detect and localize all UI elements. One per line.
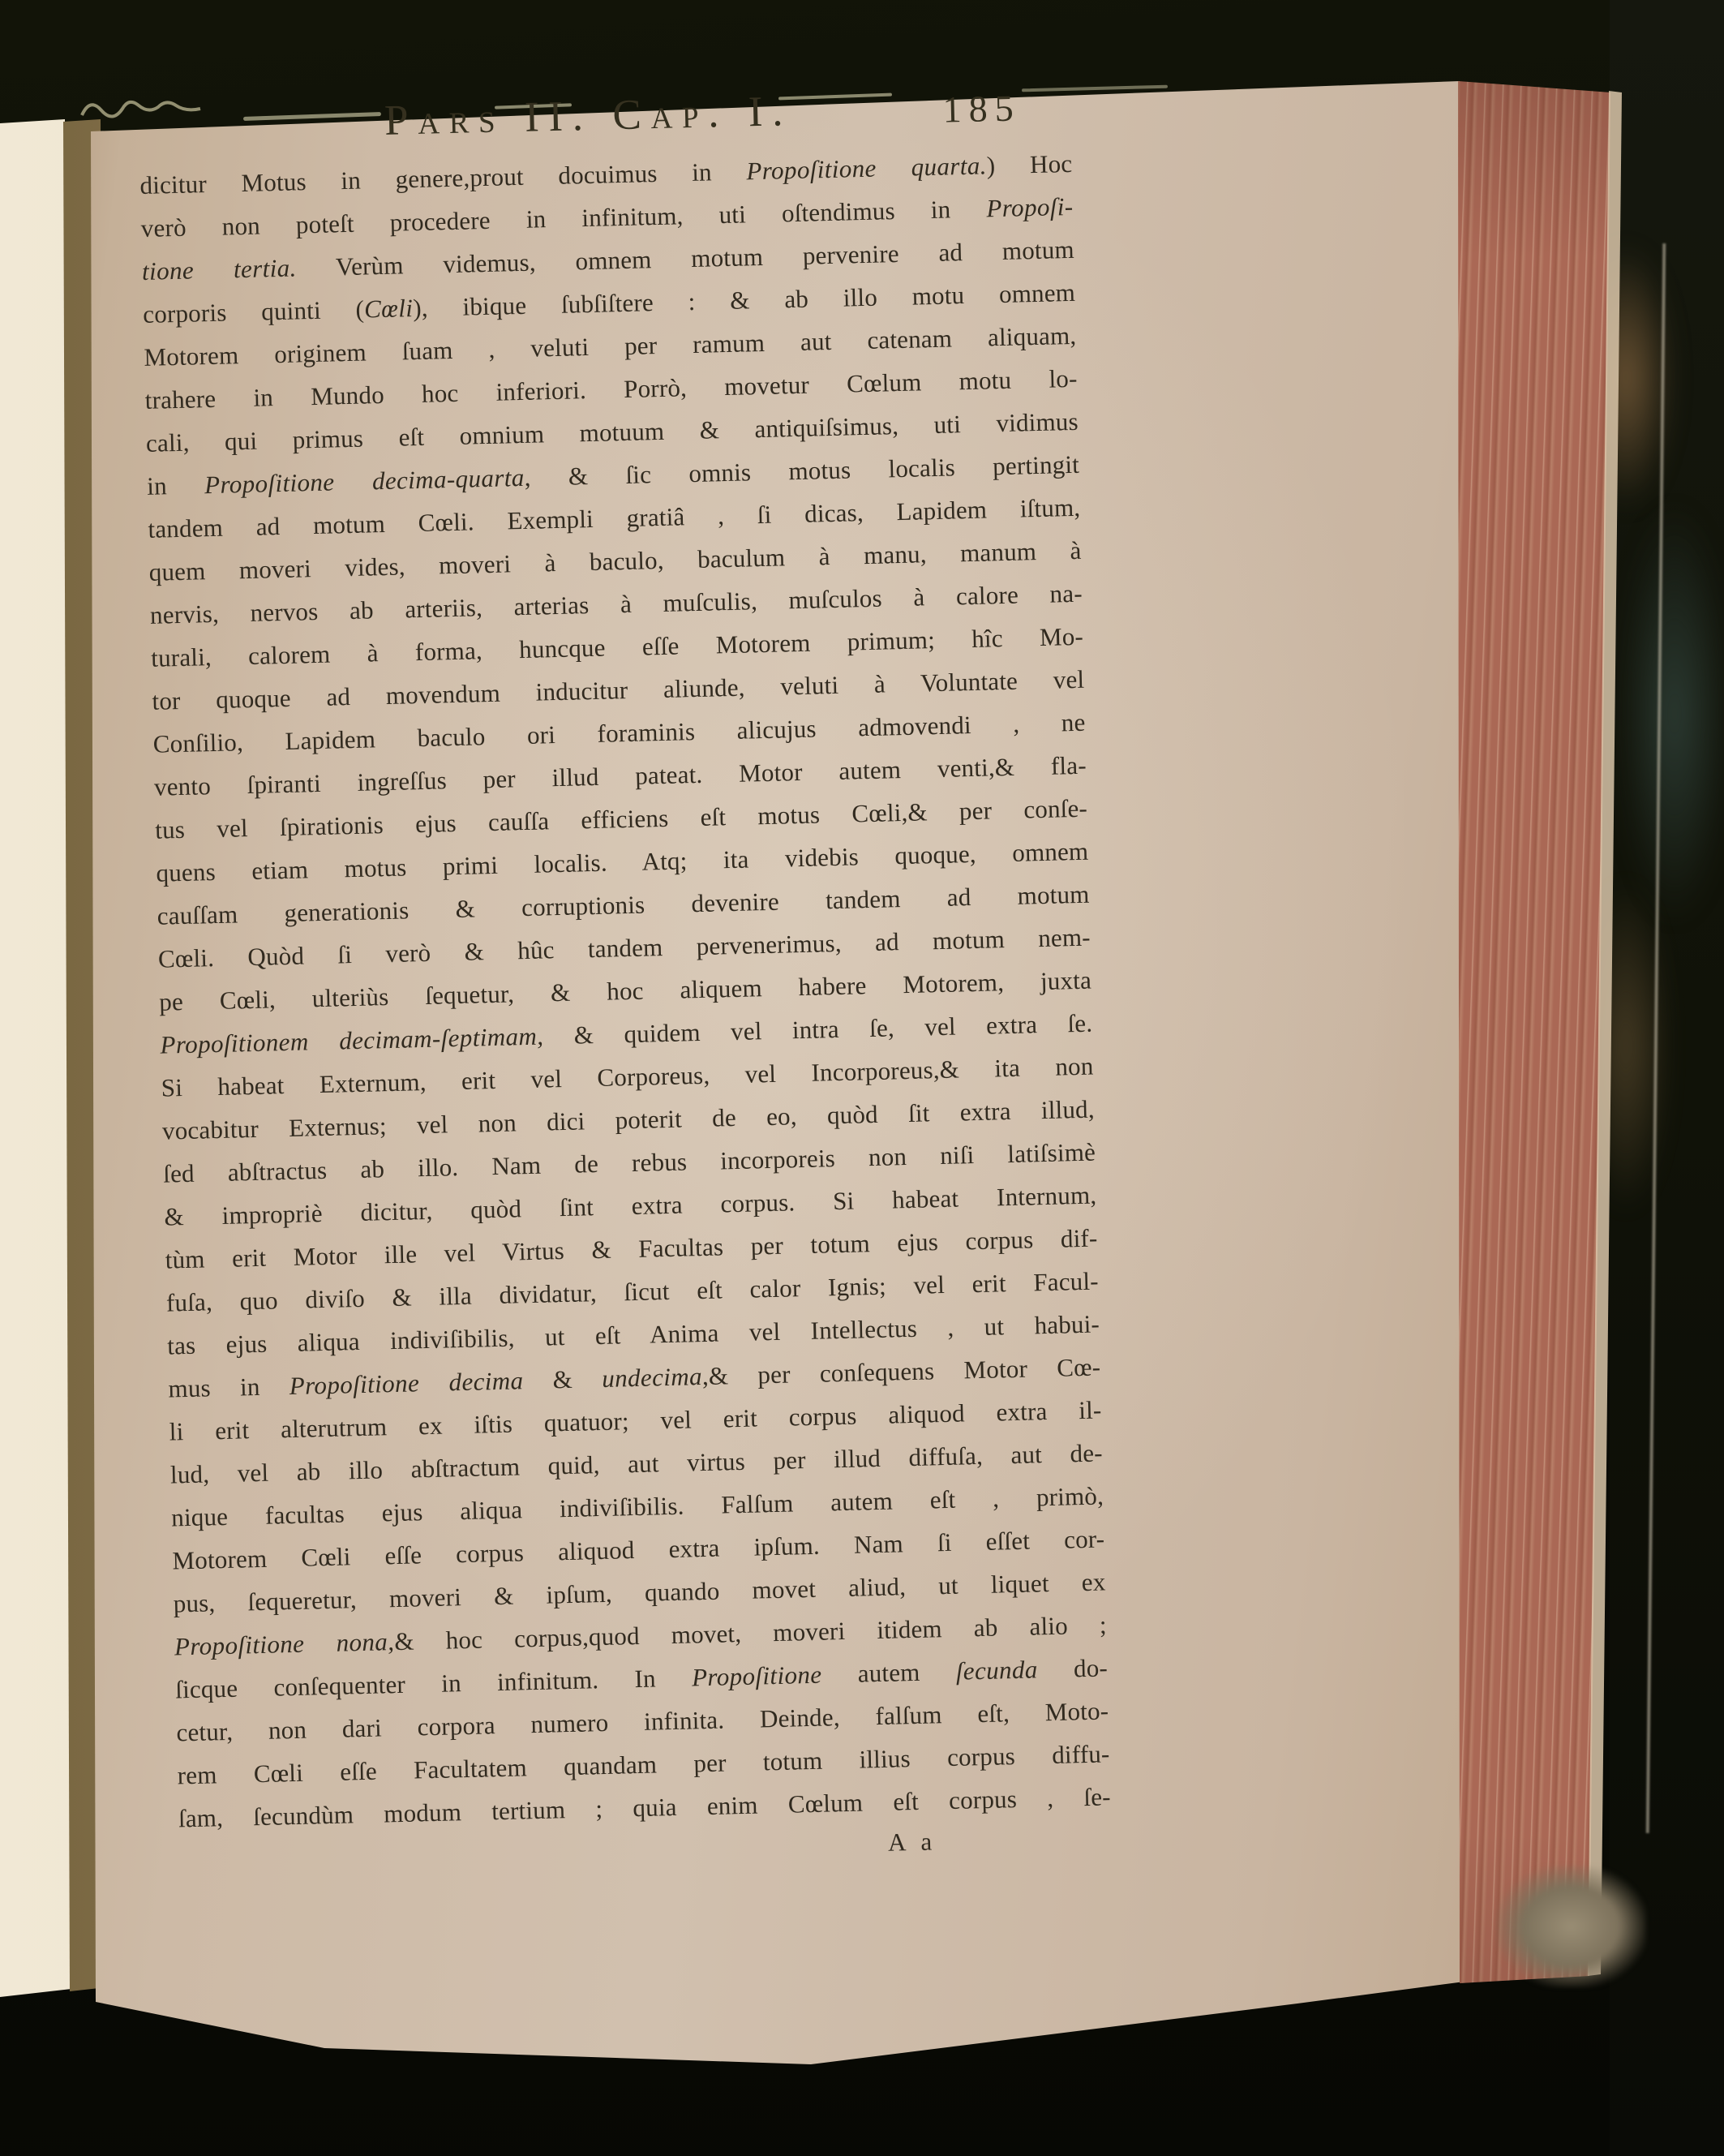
roman-run: in (147, 470, 205, 500)
signature-mark: A a (888, 1823, 1113, 1857)
roman-run: corporis quinti ( (143, 295, 365, 329)
text-lines: dicitur Motus in genere,prout docuimus i… (139, 142, 1111, 1840)
italic-run: Propoſitionem decimam-ſeptimam, (160, 1022, 544, 1059)
italic-run: Propoſi- (986, 192, 1074, 223)
italic-run: tione tertia. (142, 253, 297, 285)
roman-run: dicitur Motus in genere,prout docuimus i… (139, 157, 747, 200)
roman-run: autem (821, 1657, 956, 1689)
chapter-heading: Pars II. Cap. I. (384, 87, 792, 145)
page-text: Pars II. Cap. I. 185 dicitur Motus in ge… (138, 75, 1112, 1874)
roman-run: , & ſic omnis motus localis pertingit (524, 450, 1079, 492)
italic-run: Propoſitione decima-quarta (204, 463, 525, 499)
italic-run: ſecunda (955, 1655, 1038, 1685)
roman-run: ſicque conſequenter in infinitum. In (175, 1663, 693, 1703)
italic-run: Propoſitione nona, (174, 1627, 395, 1660)
italic-run: undecima (602, 1362, 703, 1393)
roman-run: do- (1037, 1653, 1108, 1683)
worn-binding-corner (1496, 1866, 1646, 1987)
italic-run: Propoſitione (692, 1660, 822, 1692)
book-photo-scene: i-l-n-e-&r,i-&n-a-reſ-rileme-uen-iss,s.l… (0, 0, 1724, 2156)
binding-marble-patch (1618, 503, 1724, 925)
italic-run: Propoſitione quarta. (746, 151, 987, 185)
italic-run: Cœli (364, 294, 414, 323)
page-number: 185 (942, 86, 1021, 131)
roman-run: & quidem vel intra ſe, vel extra ſe. (543, 1009, 1093, 1050)
roman-run: ,& per conſequens Motor Cœ- (702, 1352, 1101, 1390)
roman-run: & (523, 1364, 603, 1394)
roman-run: mus in (168, 1372, 289, 1403)
roman-run: ) Hoc (986, 149, 1072, 179)
italic-run: Propoſitione decima (289, 1366, 523, 1400)
